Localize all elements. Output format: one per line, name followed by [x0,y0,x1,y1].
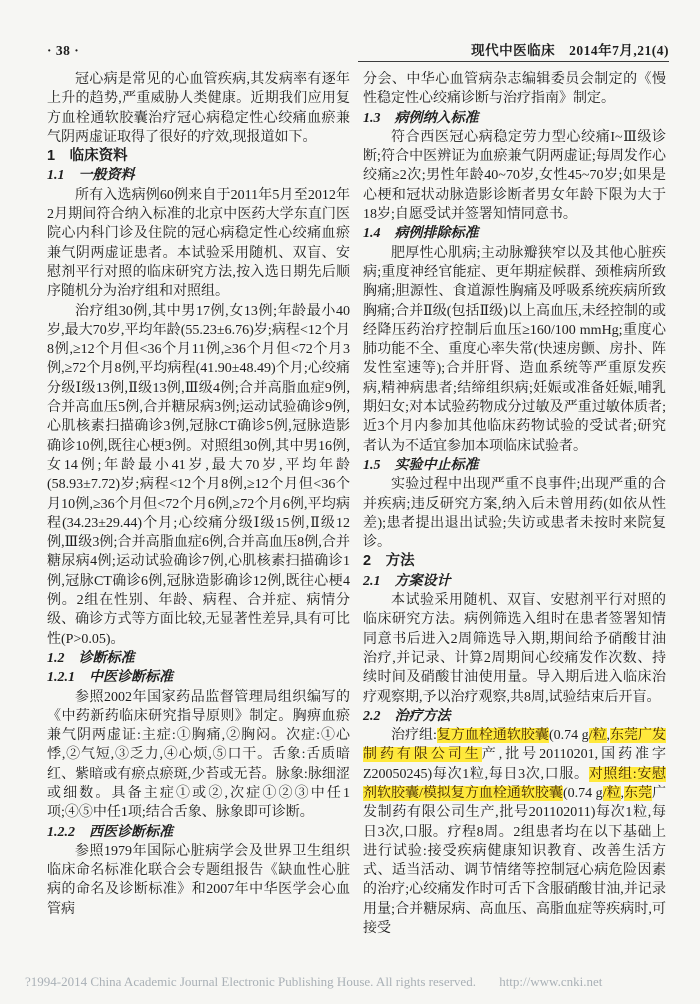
cnki-copyright-footer: ?1994-2014 China Academic Journal Electr… [25,974,602,990]
heading-1-3-inclusion-criteria: 1.3 病例纳入标准 [363,109,666,128]
text-run: (0.74 g [563,786,603,801]
text-run: 参照1979年国际心脏病学会及世界卫生组织临床命名标准化联合会专题组报告《缺血性… [47,844,350,917]
text-run: 1.3 病例纳入标准 [363,111,479,126]
heading-1-2-diagnostic-criteria: 1.2 诊断标准 [47,649,350,668]
exclusion-paragraph: 肥厚性心肌病;主动脉瓣狭窄以及其他心脏疾病;重度神经官能症、更年期症候群、颈椎病… [363,244,666,456]
tcm-criteria-paragraph: 参照2002年国家药品监督管理局组织编写的《中药新药临床研究指导原则》制定。胸痹… [47,688,350,823]
treatment-paragraph: 治疗组:复方血栓通软胶囊(0.74 g/粒,东莞广发制药有限公司生产,批号201… [363,726,666,938]
intro-paragraph: 冠心病是常见的心血管疾病,其发病率有逐年上升的趋势,严重威胁人类健康。近期我们应… [47,70,350,147]
text-run: 1.1 一般资料 [47,168,135,183]
copyright-text: ?1994-2014 China Academic Journal Electr… [25,974,476,989]
right-column: 分会、中华心血管病杂志编辑委员会制定的《慢性稳定性心绞痛诊断与治疗指南》制定。1… [363,70,666,938]
heading-1-1-general-data: 1.1 一般资料 [47,166,350,185]
page-header: · 38 · 现代中医临床 2014年7月,21(4) [47,39,669,59]
cnki-url: http://www.cnki.net [499,974,602,989]
text-run: 1.2.1 中医诊断标准 [47,670,173,685]
text-run: 治疗组: [391,728,437,743]
text-run: 符合西医冠心病稳定劳力型心绞痛I~Ⅲ级诊断;符合中医辨证为血瘀兼气阴两虚证;每周… [363,130,666,222]
text-run: 1 临床资料 [47,148,128,164]
page-number: · 38 · [47,43,79,59]
text-run: 参照2002年国家药品监督管理局组织编写的《中药新药临床研究指导原则》制定。胸痹… [47,690,350,821]
study-design-paragraph: 本试验采用随机、双盲、安慰剂平行对照的临床研究方法。病例筛选入组时在患者签署知情… [363,591,666,707]
highlighted-text: 东莞 [624,786,652,801]
heading-1-5-termination-criteria: 1.5 实验中止标准 [363,456,666,475]
journal-page: · 38 · 现代中医临床 2014年7月,21(4) 冠心病是常见的心血管疾病… [0,0,700,1004]
text-run: 2 方法 [363,553,415,569]
text-run: 1.5 实验中止标准 [363,458,479,473]
heading-1-2-1-tcm-criteria: 1.2.1 中医诊断标准 [47,668,350,687]
text-run: 2.2 治疗方法 [363,709,451,724]
header-divider-rule [358,61,669,62]
text-run: 本试验采用随机、双盲、安慰剂平行对照的临床研究方法。病例筛选入组时在患者签署知情… [363,593,666,704]
highlighted-text: 复方血栓通软胶囊 [437,728,549,743]
heading-1-4-exclusion-criteria: 1.4 病例排除标准 [363,224,666,243]
enrollment-paragraph: 所有入选病例60例来自于2011年5月至2012年2月期间符合纳入标准的北京中医… [47,186,350,302]
text-run: 2.1 方案设计 [363,574,451,589]
text-run: 所有入选病例60例来自于2011年5月至2012年2月期间符合纳入标准的北京中医… [47,188,350,299]
western-criteria-paragraph-part2: 分会、中华心血管病杂志编辑委员会制定的《慢性稳定性心绞痛诊断与治疗指南》制定。 [363,70,666,109]
text-run: (0.74 g [549,728,589,743]
text-run: 肥厚性心肌病;主动脉瓣狭窄以及其他心脏疾病;重度神经官能症、更年期症候群、颈椎病… [363,246,666,454]
groups-paragraph: 治疗组30例,其中男17例,女13例;年龄最小40岁,最大70岁,平均年龄(55… [47,302,350,649]
heading-2-methods: 2 方法 [363,552,666,571]
article-body: 冠心病是常见的心血管疾病,其发病率有逐年上升的趋势,严重威胁人类健康。近期我们应… [47,70,667,938]
highlighted-text: /粒 [589,728,607,743]
journal-title-and-issue: 现代中医临床 2014年7月,21(4) [471,39,669,59]
text-run: 治疗组30例,其中男17例,女13例;年龄最小40岁,最大70岁,平均年龄(55… [47,304,350,647]
text-run: 1.2 诊断标准 [47,651,135,666]
heading-1-clinical-data: 1 临床资料 [47,147,350,166]
heading-2-2-treatment-method: 2.2 治疗方法 [363,707,666,726]
text-run: 1.2.2 西医诊断标准 [47,825,173,840]
left-column: 冠心病是常见的心血管疾病,其发病率有逐年上升的趋势,严重威胁人类健康。近期我们应… [47,70,350,938]
heading-1-2-2-western-criteria: 1.2.2 西医诊断标准 [47,823,350,842]
text-run: 1.4 病例排除标准 [363,226,479,241]
text-run: 冠心病是常见的心血管疾病,其发病率有逐年上升的趋势,严重威胁人类健康。近期我们应… [47,72,350,145]
inclusion-paragraph: 符合西医冠心病稳定劳力型心绞痛I~Ⅲ级诊断;符合中医辨证为血瘀兼气阴两虚证;每周… [363,128,666,224]
heading-2-1-study-design: 2.1 方案设计 [363,572,666,591]
text-run: 分会、中华心血管病杂志编辑委员会制定的《慢性稳定性心绞痛诊断与治疗指南》制定。 [363,72,666,106]
western-criteria-paragraph-part1: 参照1979年国际心脏病学会及世界卫生组织临床命名标准化联合会专题组报告《缺血性… [47,842,350,919]
termination-paragraph: 实验过程中出现严重不良事件;出现严重的合并疾病;违反研究方案,纳入后未曾用药(如… [363,475,666,552]
text-run: 广发制药有限公司生产,批号201102011)每次1粒,每日3次,口服。疗程8周… [363,786,666,936]
highlighted-text: /粒 [603,786,621,801]
text-run: 实验过程中出现严重不良事件;出现严重的合并疾病;违反研究方案,纳入后未曾用药(如… [363,477,666,550]
